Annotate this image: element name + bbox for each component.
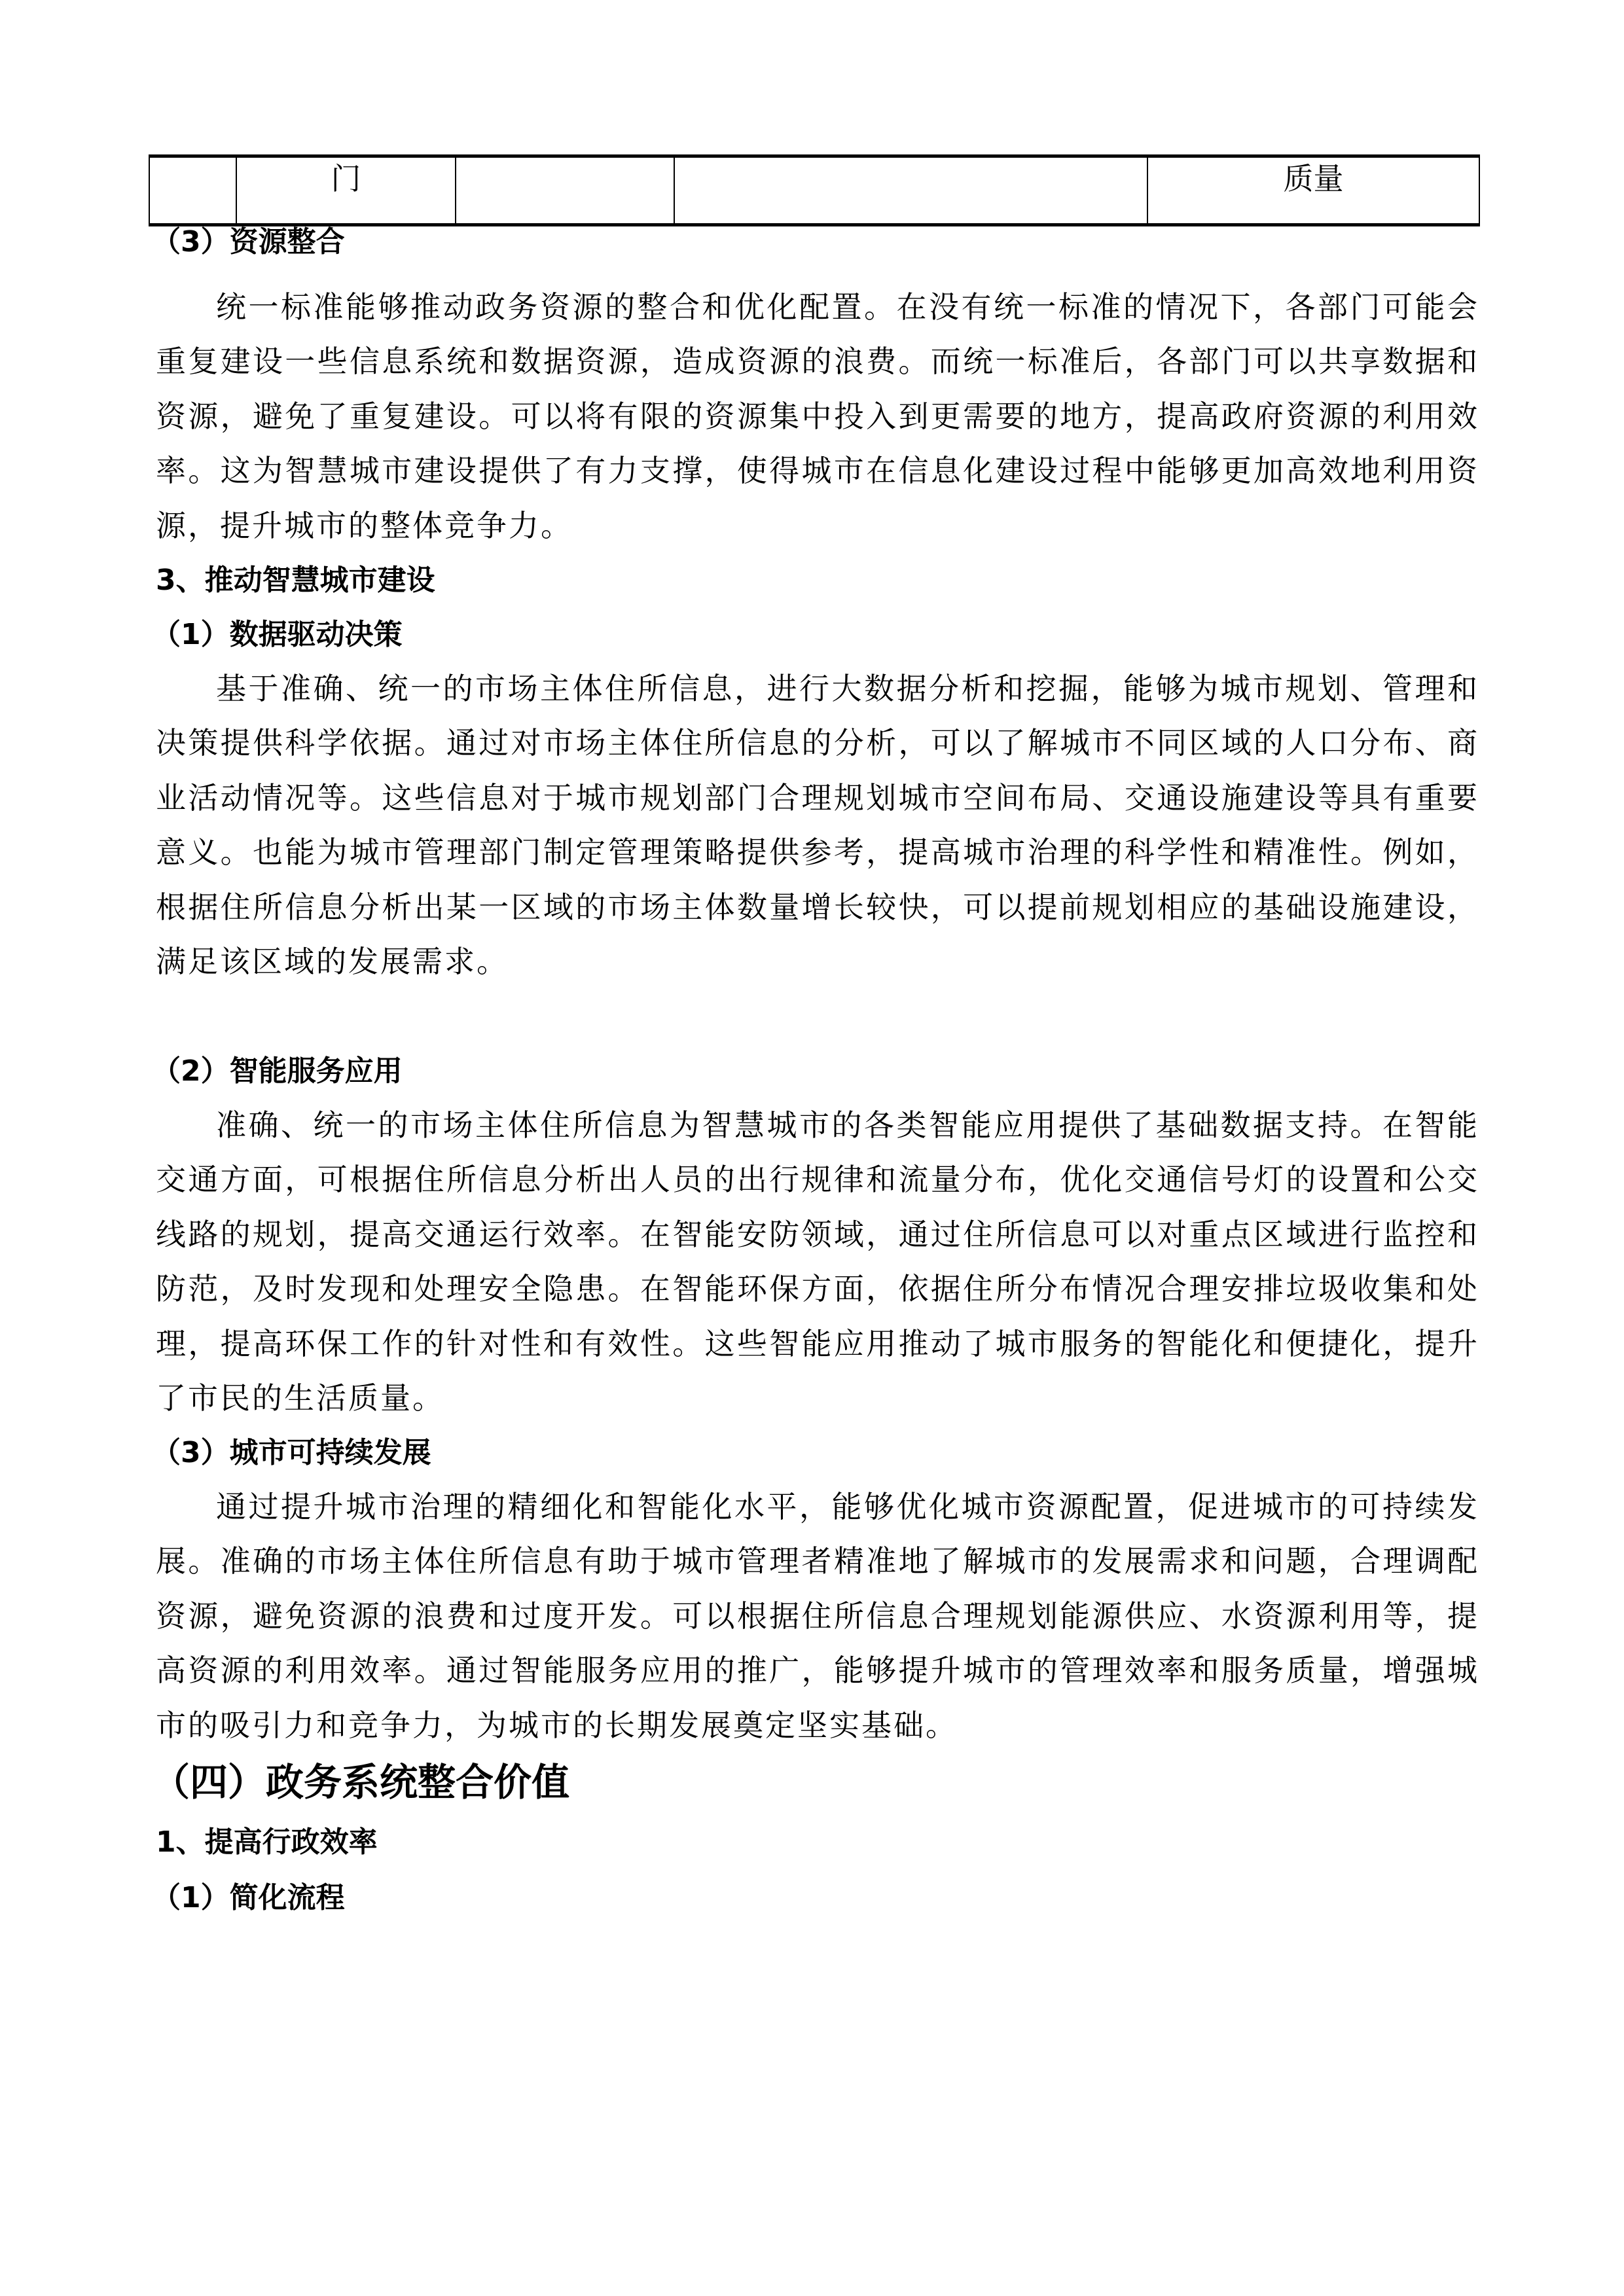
table-cell: 门 (236, 156, 456, 225)
table-cell (456, 156, 674, 225)
paragraph-resource-integration: 统一标准能够推动政务资源的整合和优化配置。在没有统一标准的情况下，各部门可能会重… (156, 280, 1479, 553)
paragraph-smart-services: 准确、统一的市场主体住所信息为智慧城市的各类智能应用提供了基础数据支持。在智能交… (156, 1098, 1479, 1426)
heading-admin-efficiency: 1、提高行政效率 (156, 1824, 1479, 1861)
table-cell (674, 156, 1147, 225)
heading-smart-city: 3、推动智慧城市建设 (156, 562, 1479, 599)
heading-smart-services: （2）智能服务应用 (152, 1053, 1475, 1090)
table-row: 门 质量 (149, 156, 1479, 225)
heading-resource-integration: （3）资源整合 (152, 224, 1475, 260)
table-fragment: 门 质量 (149, 154, 1480, 226)
heading-gov-integration: （四）政务系统整合价值 (152, 1759, 1475, 1805)
heading-sustainable: （3）城市可持续发展 (152, 1435, 1475, 1471)
heading-data-driven: （1）数据驱动决策 (152, 617, 1475, 653)
heading-simplify: （1）简化流程 (152, 1880, 1475, 1916)
table-cell: 质量 (1147, 156, 1479, 225)
paragraph-sustainable: 通过提升城市治理的精细化和智能化水平，能够优化城市资源配置，促进城市的可持续发展… (156, 1480, 1479, 1753)
table-cell (149, 156, 236, 225)
paragraph-data-driven: 基于准确、统一的市场主体住所信息，进行大数据分析和挖掘，能够为城市规划、管理和决… (156, 662, 1479, 989)
document-page: 门 质量 （3）资源整合 统一标准能够推动政务资源的整合和优化配置。在没有统一标… (0, 0, 1624, 2296)
